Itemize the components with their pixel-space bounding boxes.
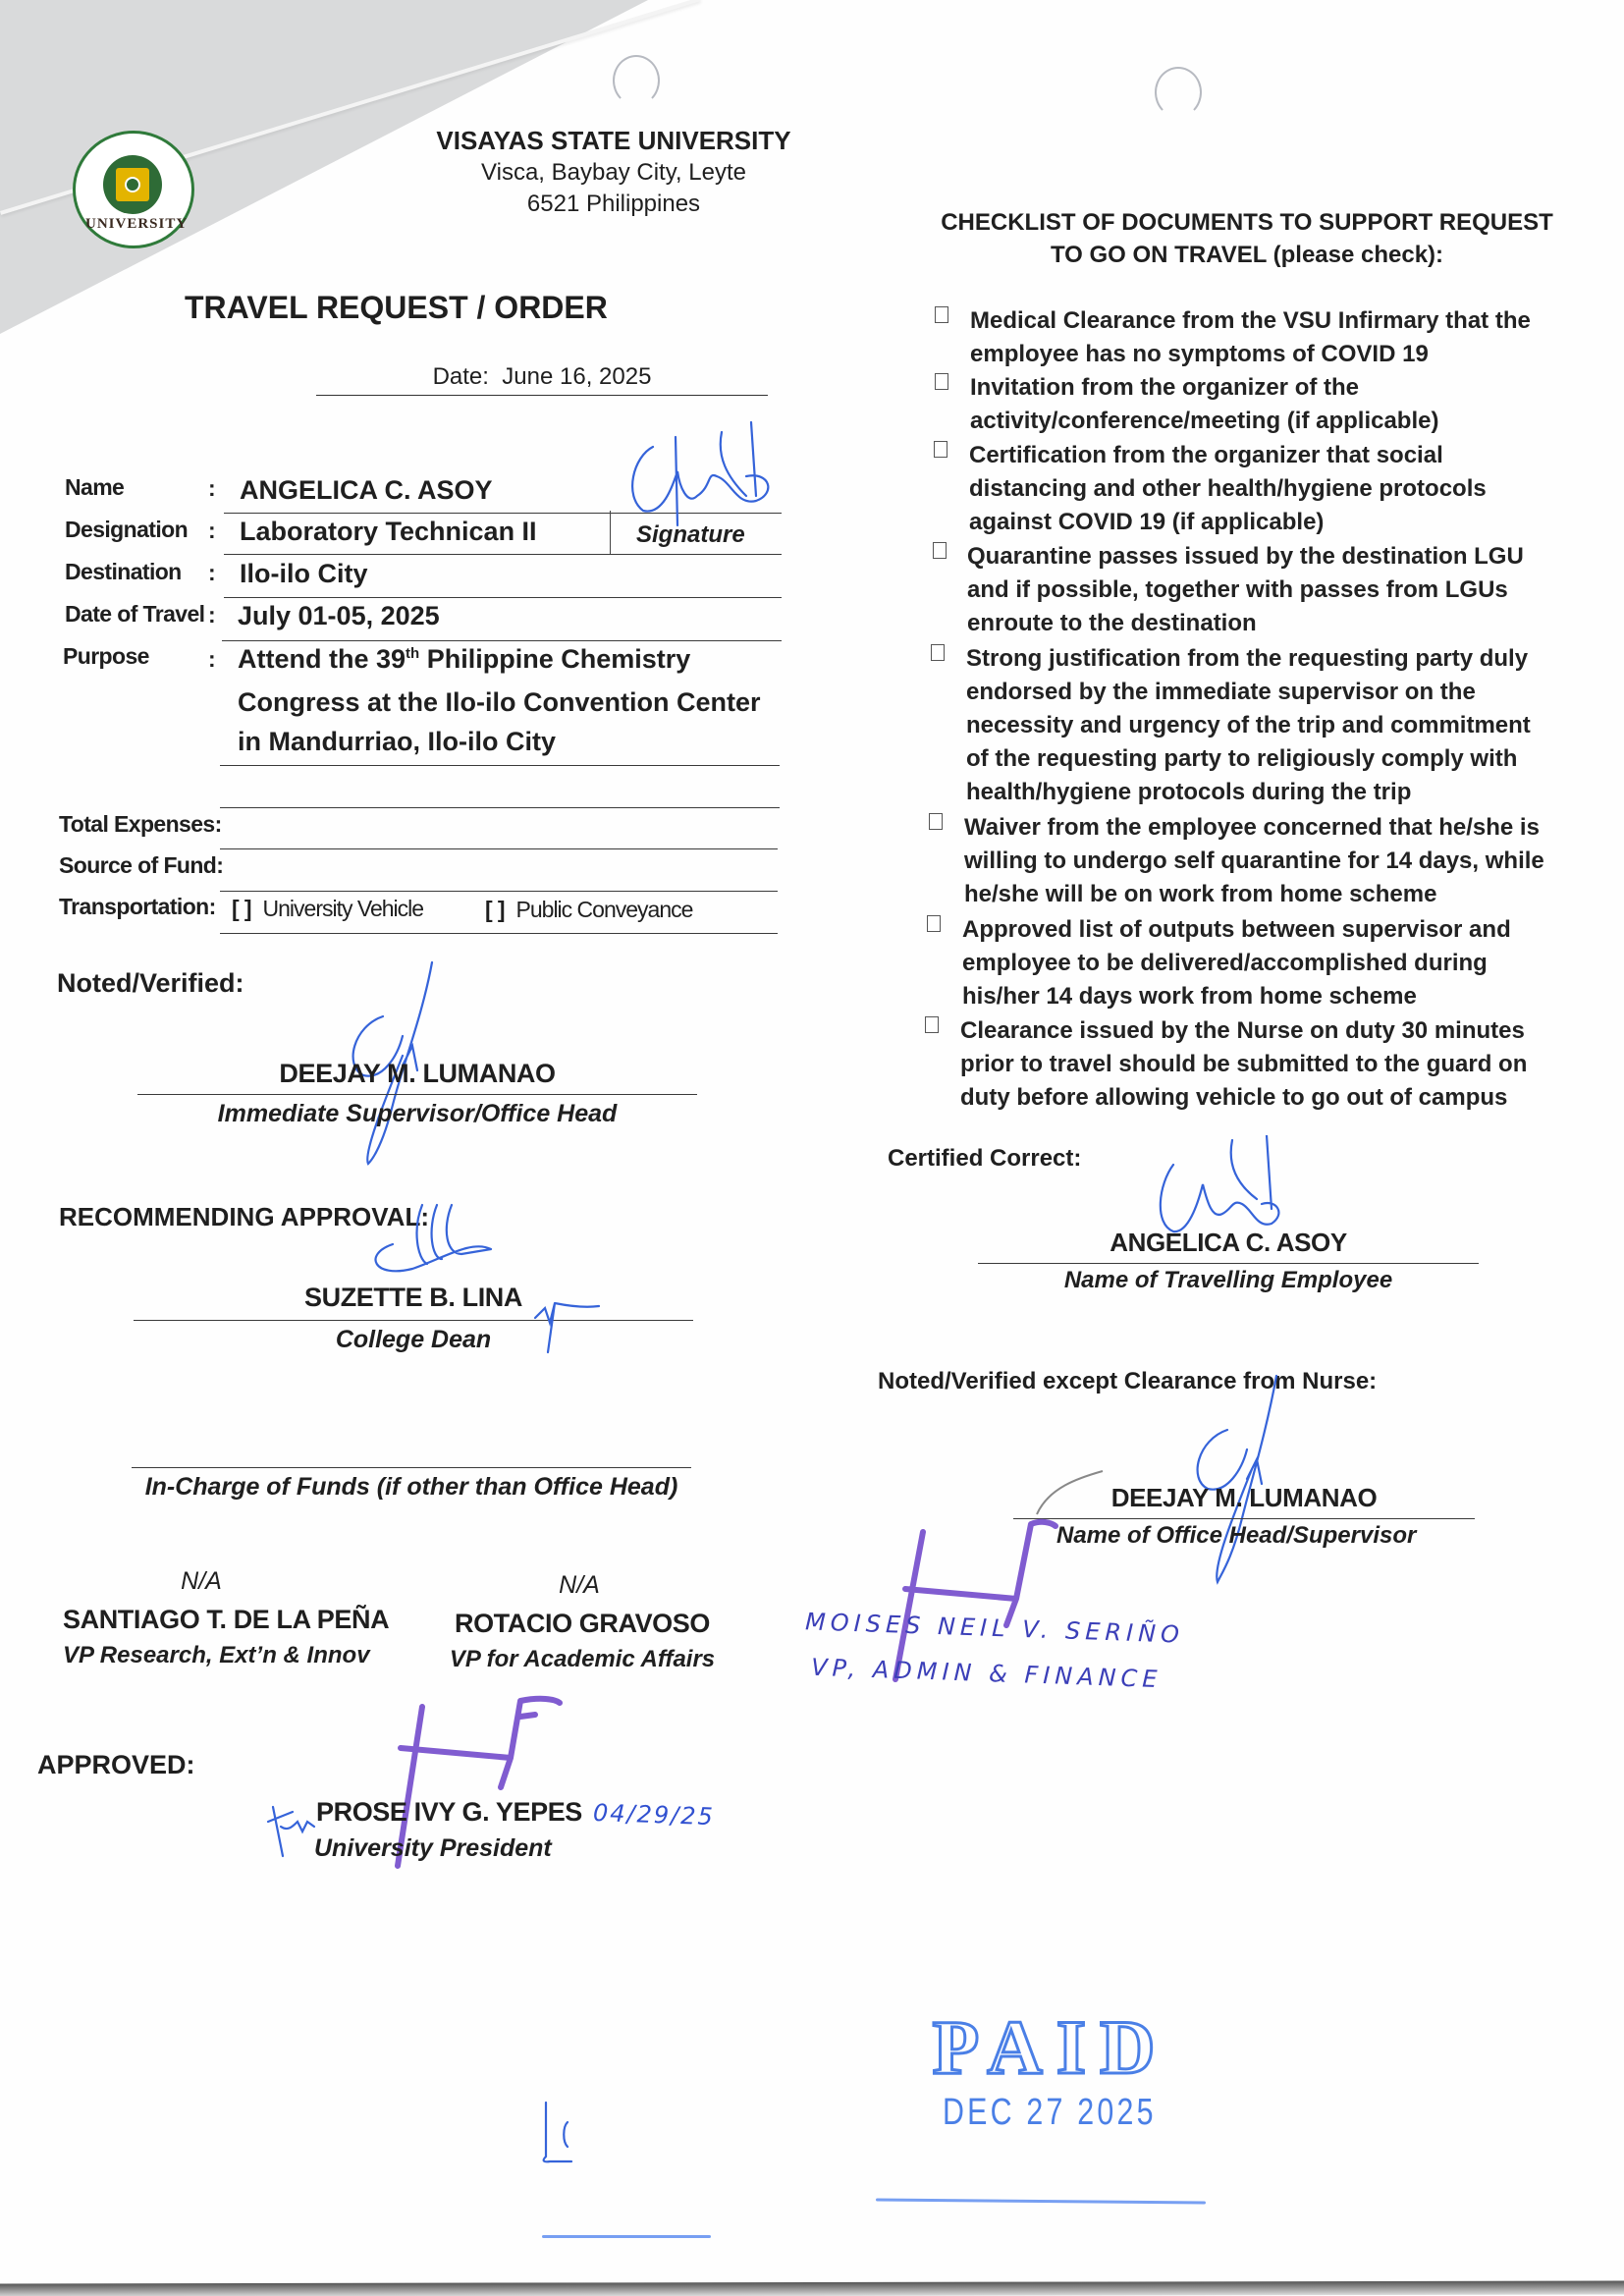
date-of-travel-label: Date of Travel	[65, 601, 204, 628]
approved-label: APPROVED:	[37, 1750, 195, 1780]
checklist-checkbox-5[interactable]	[931, 644, 945, 661]
noted-verified-underline	[137, 1094, 697, 1095]
checklist-item-1: Medical Clearance from the VSU Infirmary…	[970, 304, 1531, 371]
recommending-approval-name: SUZETTE B. LINA	[134, 1283, 693, 1313]
checklist-checkbox-8[interactable]	[925, 1016, 939, 1033]
colon: :	[208, 646, 216, 673]
vp-academic-name: ROTACIO GRAVOSO	[440, 1609, 725, 1639]
checklist-item-2: Invitation from the organizer of theacti…	[970, 371, 1438, 438]
punch-hole-right	[1155, 67, 1202, 118]
source-of-fund-label: Source of Fund:	[59, 852, 223, 879]
recommending-approval-underline	[134, 1320, 693, 1321]
university-address: Visca, Baybay City, Leyte	[245, 159, 982, 187]
certified-correct-label: Certified Correct:	[888, 1145, 1081, 1173]
noted-verified-role: Immediate Supervisor/Office Head	[137, 1100, 697, 1128]
punch-hole-left	[613, 55, 660, 106]
checklist-item-5: Strong justification from the requesting…	[966, 642, 1531, 809]
logo-emblem	[103, 155, 162, 214]
dean-initial-icon	[530, 1298, 609, 1357]
destination-label: Destination	[65, 559, 182, 585]
colon: :	[208, 602, 216, 629]
destination-underline	[224, 597, 782, 598]
president-for-signature-icon	[263, 1797, 322, 1866]
vp-research-name: SANTIAGO T. DE LA PEÑA	[59, 1605, 397, 1635]
noted-except-nurse-label: Noted/Verified except Clearance from Nur…	[878, 1368, 1377, 1395]
vp-academic-na: N/A	[442, 1571, 717, 1600]
bottom-initial-mark-icon	[538, 2098, 577, 2166]
name-label: Name	[65, 474, 124, 501]
form-date: Date: June 16, 2025	[316, 363, 768, 396]
checklist-item-8: Clearance issued by the Nurse on duty 30…	[960, 1014, 1527, 1115]
certified-correct-name: ANGELICA C. ASOY	[978, 1228, 1479, 1258]
purpose-label: Purpose	[63, 643, 149, 670]
noted-except-nurse-underline	[1013, 1518, 1475, 1519]
dean-signature-icon	[363, 1200, 511, 1279]
form-title: TRAVEL REQUEST / ORDER	[185, 290, 608, 326]
purpose-underline-extra	[220, 807, 780, 808]
transportation-underline	[220, 933, 778, 934]
date-value: June 16, 2025	[502, 363, 651, 390]
source-of-fund-field[interactable]	[222, 852, 778, 888]
university-vehicle-checkbox[interactable]: [ ] University Vehicle	[232, 896, 423, 922]
paid-stamp-word: PAID	[884, 2003, 1218, 2092]
colon: :	[208, 475, 216, 502]
total-expenses-underline	[220, 848, 778, 849]
colon: :	[208, 518, 216, 544]
applicant-signature-icon	[619, 417, 785, 530]
date-label: Date:	[433, 363, 489, 390]
logo-text: UNIVERSITY	[85, 216, 188, 233]
designation-underline	[224, 554, 782, 555]
signature-column-divider	[610, 511, 611, 554]
approved-name: PROSE IVY G. YEPES	[316, 1797, 582, 1828]
certified-correct-underline	[978, 1263, 1479, 1264]
noted-except-nurse-name: DEEJAY M. LUMANAO	[1013, 1483, 1475, 1513]
bottom-blue-line	[542, 2235, 711, 2238]
noted-verified-label: Noted/Verified:	[57, 968, 244, 999]
approval-handwritten-date: 04/29/25	[593, 1799, 716, 1831]
purpose-value-line3: in Mandurriao, Ilo-ilo City	[238, 727, 556, 757]
noted-except-nurse-role: Name of Office Head/Supervisor	[1056, 1522, 1416, 1550]
checklist-checkbox-2[interactable]	[935, 373, 948, 390]
purpose-value-line1: Attend the 39th Philippine Chemistry	[238, 644, 690, 675]
vp-academic-role: VP for Academic Affairs	[440, 1646, 725, 1673]
purpose-value-line2: Congress at the Ilo-ilo Convention Cente…	[238, 687, 761, 718]
public-conveyance-checkbox[interactable]: [ ] Public Conveyance	[485, 897, 692, 923]
checklist-checkbox-4[interactable]	[933, 542, 947, 559]
checklist-item-7: Approved list of outputs between supervi…	[962, 913, 1511, 1013]
checklist-heading: CHECKLIST OF DOCUMENTS TO SUPPORT REQUES…	[913, 206, 1581, 271]
office-head-signature-icon	[1168, 1371, 1286, 1587]
checklist-checkbox-6[interactable]	[929, 813, 943, 830]
designation-label: Designation	[65, 517, 188, 543]
colon: :	[208, 560, 216, 586]
vp-research-role: VP Research, Ext’n & Innov	[63, 1642, 370, 1669]
source-of-fund-underline	[220, 891, 778, 892]
transportation-label: Transportation:	[59, 894, 216, 920]
paid-stamp: PAID DEC 27 2025	[884, 2003, 1218, 2151]
university-logo: UNIVERSITY	[73, 131, 194, 248]
purpose-underline	[220, 765, 780, 766]
in-charge-funds-underline	[132, 1467, 691, 1468]
scan-bottom-edge	[0, 2281, 1624, 2296]
recommending-approval-role: College Dean	[134, 1326, 693, 1354]
checklist-checkbox-7[interactable]	[927, 915, 941, 932]
paid-stamp-date: DEC 27 2025	[943, 2092, 1157, 2134]
vp-research-na: N/A	[59, 1567, 344, 1596]
approved-role: University President	[314, 1834, 552, 1863]
noted-verified-name: DEEJAY M. LUMANAO	[137, 1059, 697, 1089]
university-name: VISAYAS STATE UNIVERSITY	[245, 126, 982, 156]
designation-value: Laboratory Technican II	[240, 517, 537, 547]
university-zip-country: 6521 Philippines	[245, 191, 982, 218]
checklist-item-3: Certification from the organizer that so…	[969, 439, 1487, 539]
date-of-travel-value: July 01-05, 2025	[238, 601, 440, 631]
destination-value: Ilo-ilo City	[240, 559, 368, 589]
certified-correct-role: Name of Travelling Employee	[978, 1267, 1479, 1294]
name-value: ANGELICA C. ASOY	[240, 475, 493, 506]
total-expenses-field[interactable]	[222, 811, 778, 847]
checklist-item-4: Quarantine passes issued by the destinat…	[967, 540, 1524, 640]
stamp-underline	[876, 2199, 1206, 2205]
checklist-checkbox-1[interactable]	[935, 306, 948, 323]
in-charge-funds-role: In-Charge of Funds (if other than Office…	[132, 1473, 691, 1502]
date-of-travel-underline	[222, 640, 782, 641]
checklist-checkbox-3[interactable]	[934, 441, 947, 458]
checklist-item-6: Waiver from the employee concerned that …	[964, 811, 1544, 911]
total-expenses-label: Total Expenses:	[59, 811, 222, 838]
